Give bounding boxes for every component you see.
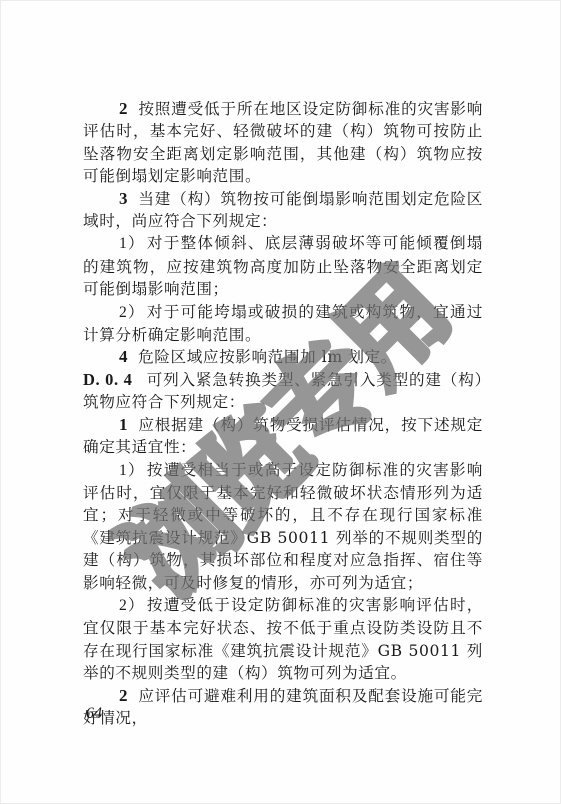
paragraph-item-4: 4危险区域应按影响范围加 lm 划定。 <box>83 346 483 368</box>
item-number: 3 <box>119 189 128 208</box>
subitem-number: 2） <box>119 597 145 614</box>
paragraph-item-3: 3当建（构）筑物按可能倒塌影响范围划定危险区域时，尚应符合下列规定： <box>83 188 483 233</box>
subitem-number: 1） <box>119 235 145 252</box>
paragraph-item-1: 1应根据建（构）筑物受损评估情况，按下述规定确定其适宜性： <box>83 414 483 459</box>
item-number: 2 <box>119 686 128 705</box>
paragraph-text: 按照遭受低于所在地区设定防御标准的灾害影响评估时，基本完好、轻微破坏的建（构）筑… <box>83 100 483 185</box>
subitem-number: 2） <box>119 304 145 321</box>
paragraph-item-2-evaluate: 2应评估可避难利用的建筑面积及配套设施可能完好情况， <box>83 685 483 730</box>
paragraph-text: 应评估可避难利用的建筑面积及配套设施可能完好情况， <box>83 687 483 727</box>
paragraph-subitem-2: 2）对于可能垮塌或破损的建筑或构筑物，宜通过计算分析确定影响范围。 <box>83 301 483 347</box>
clause-d-0-4: D. 0. 4可列入紧急转换类型、紧急引入类型的建（构）筑物应符合下列规定： <box>83 369 483 414</box>
item-number: 2 <box>119 99 128 118</box>
paragraph-subitem-1: 1）对于整体倾斜、底层薄弱破坏等可能倾覆倒塌的建筑物，应按建筑物高度加防止坠落物… <box>83 232 483 300</box>
paragraph-text: 按遭受相当于或高于设定防御标准的灾害影响评估时，宜仅限于基本完好和轻微破坏状态情… <box>83 461 483 592</box>
page-body: 2按照遭受低于所在地区设定防御标准的灾害影响评估时，基本完好、轻微破坏的建（构）… <box>83 98 483 729</box>
page-number: 64 <box>86 705 102 723</box>
paragraph-item-2: 2按照遭受低于所在地区设定防御标准的灾害影响评估时，基本完好、轻微破坏的建（构）… <box>83 98 483 188</box>
document-page: 2按照遭受低于所在地区设定防御标准的灾害影响评估时，基本完好、轻微破坏的建（构）… <box>0 0 561 804</box>
item-number: 4 <box>119 347 128 366</box>
paragraph-subitem-1-suitability: 1）按遭受相当于或高于设定防御标准的灾害影响评估时，宜仅限于基本完好和轻微破坏状… <box>83 459 483 594</box>
clause-number: D. 0. 4 <box>83 370 133 389</box>
paragraph-text: 危险区域应按影响范围加 lm 划定。 <box>138 348 397 366</box>
item-number: 1 <box>119 415 128 434</box>
paragraph-text: 应根据建（构）筑物受损评估情况，按下述规定确定其适宜性： <box>83 416 483 456</box>
paragraph-subitem-2-suitability: 2）按遭受低于设定防御标准的灾害影响评估时，宜仅限于基本完好状态、按不低于重点设… <box>83 594 483 685</box>
paragraph-text: 当建（构）筑物按可能倒塌影响范围划定危险区域时，尚应符合下列规定： <box>83 190 483 230</box>
paragraph-text: 可列入紧急转换类型、紧急引入类型的建（构）筑物应符合下列规定： <box>83 371 483 411</box>
subitem-number: 1） <box>119 462 145 479</box>
